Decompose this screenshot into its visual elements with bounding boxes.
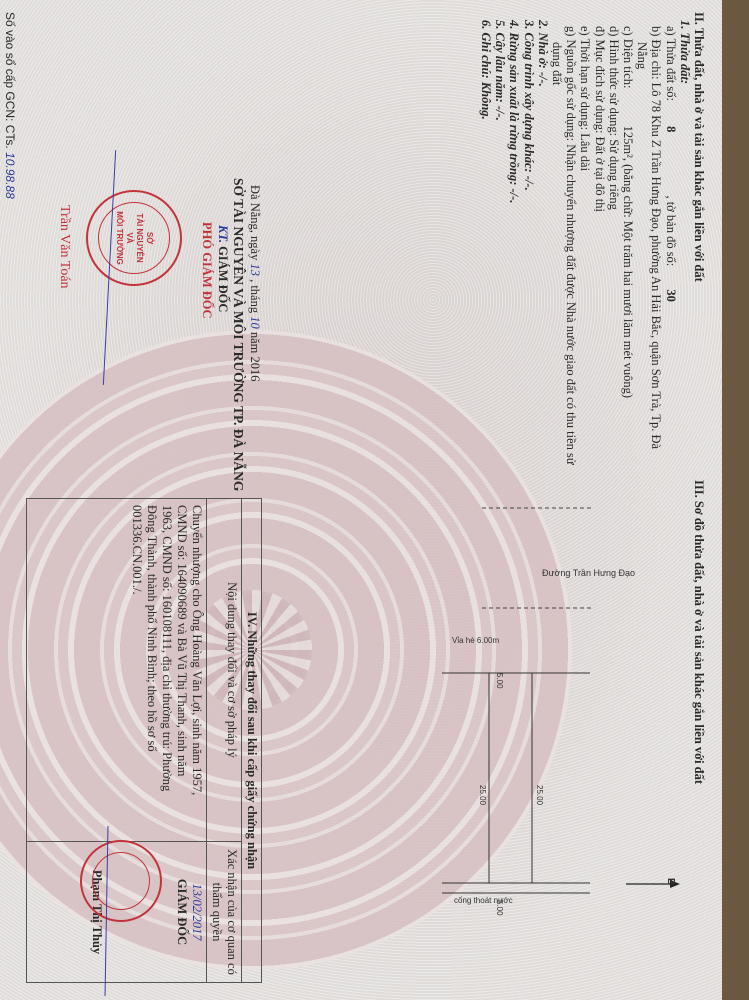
director-title: KT. GIÁM ĐỐC	[215, 225, 230, 312]
issue-month: 10	[248, 316, 262, 329]
usage-form: d) Hình thức sử dụng: Sử dụng riêng	[607, 12, 621, 465]
section-2-title: II. Thửa đất, nhà ở và tài sản khác gắn …	[692, 12, 706, 465]
address-line-2: Nẵng	[635, 12, 649, 465]
bottom-width: 5.00	[495, 900, 504, 916]
origin-line-2: dụng đất	[550, 12, 564, 465]
top-width: 5.00	[495, 673, 504, 689]
issuance-date: Đà Nẵng, ngày 13 , tháng 10 năm 2016	[247, 185, 262, 382]
parcel-number: 8	[664, 126, 678, 132]
col-header-confirmation: Xác nhận của cơ quan có thẩm quyền	[207, 842, 242, 983]
right-length: 25.00	[535, 785, 544, 805]
issue-day: 13	[248, 263, 262, 276]
office-seal	[80, 840, 162, 922]
usage-purpose: đ) Mục đích sử dụng: Đất ở tại đô thị	[592, 12, 606, 465]
north-arrow-label: B	[665, 878, 676, 885]
notes-item: 6. Ghi chú: Không.	[479, 12, 493, 465]
registry-value: 10.98.88	[3, 152, 17, 199]
other-construction-item: 3. Công trình xây dựng khác: -/-.	[521, 12, 535, 465]
land-certificate-page: II. Thửa đất, nhà ở và tài sản khác gắn …	[0, 0, 722, 1000]
section-2-land-details: II. Thửa đất, nhà ở và tài sản khác gắn …	[479, 12, 706, 465]
left-length: 25.00	[478, 785, 487, 805]
agency-seal: SỞ TÀI NGUYÊN VÀ MÔI TRƯỜNG	[86, 190, 182, 286]
deputy-director-title: PHÓ GIÁM ĐỐC	[199, 222, 214, 319]
origin-line-1: g) Nguồn gốc sử dụng: Nhận chuyển nhượng…	[564, 12, 578, 465]
perennial-item: 5. Cây lâu năm: -/-.	[493, 12, 507, 465]
registry-number: Số vào sổ cấp GCN: CTs. 10.98.88	[2, 12, 17, 199]
map-sheet-number: 30	[664, 289, 678, 302]
house-item: 2. Nhà ở: -/-.	[536, 12, 550, 465]
area-row: c) Diện tích: 125m², (bằng chữ: Một trăm…	[621, 12, 635, 465]
confirm-title: GIÁM ĐỐC	[174, 848, 189, 976]
change-content: Chuyển nhượng cho Ông Hoàng Văn Lợi, sin…	[27, 499, 207, 842]
street-label: Đường Trần Hưng Đạo	[542, 568, 635, 578]
issuing-agency: SỞ TÀI NGUYÊN VÀ MÔI TRƯỜNG TP. ĐÀ NẴNG	[231, 178, 246, 491]
deputy-signer-name: Trần Văn Toán	[57, 205, 72, 289]
confirm-date: 13/02/2017	[189, 848, 204, 976]
section-4-title: IV. Những thay đổi sau khi cấp giấy chứn…	[242, 499, 262, 983]
parcel-diagram	[402, 480, 722, 1000]
parcel-number-row: a) Thửa đất số: 8 , tờ bản đồ số: 30	[663, 12, 677, 465]
area-value: 125m², (bằng chữ: Một trăm hai mươi lăm …	[621, 126, 635, 398]
col-header-changes: Nội dung thay đổi và cơ sở pháp lý	[207, 499, 242, 842]
address-line-1: b) Địa chỉ: Lô 78 Khu Z Trần Hưng Đạo, p…	[649, 12, 663, 465]
section-2-subtitle: 1. Thửa đất:	[678, 12, 692, 465]
usage-term: e) Thời hạn sử dụng: Lâu dài	[578, 12, 592, 465]
forest-item: 4. Rừng sản xuất là rừng trồng: -/-.	[507, 12, 521, 465]
sidewalk-label: Vỉa hè 6.00m	[452, 636, 499, 645]
